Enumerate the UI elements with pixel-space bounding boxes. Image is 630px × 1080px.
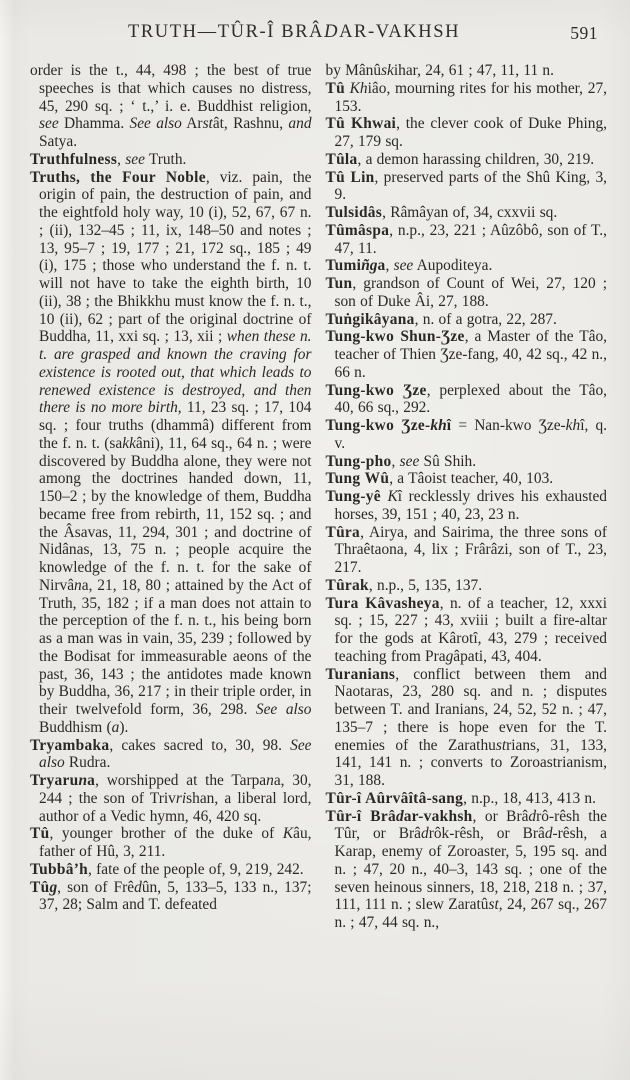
index-entry: Tulsidâs, Râmâyan of, 34, cxxvii sq.: [326, 204, 608, 222]
text-run: Aupoditeya.: [413, 257, 492, 274]
text-run: Tûr-î Aûrvâîtâ-sang: [326, 790, 464, 807]
text-run: , n.p., 18, 413, 413 n.: [463, 790, 596, 807]
text-run: Tûra: [326, 524, 361, 541]
text-run: d: [545, 825, 553, 842]
index-entry: Tûg, son of Frêdûn, 5, 133–5, 133 n., 13…: [30, 879, 312, 915]
text-run: n: [79, 772, 88, 789]
text-run: , a demon harassing children, 30, 219.: [358, 151, 595, 168]
column-left: order is the t., 44, 498 ; the best of t…: [30, 62, 312, 932]
text-run: sk: [381, 62, 394, 79]
text-run: d: [134, 879, 142, 896]
text-run: [381, 488, 388, 505]
text-run: Tryambaka: [30, 737, 109, 754]
index-entry: Tung-pho, see Sû Shih.: [326, 453, 608, 471]
text-run: Tûla: [326, 151, 358, 168]
text-run: d: [396, 808, 404, 825]
index-entry: Tûr-î Brâdar-vakhsh, or Brâdrô-rêsh the …: [326, 808, 608, 932]
index-entry: Tû, younger brother of the duke of Kâu, …: [30, 825, 312, 861]
text-run: Tûmâspa: [326, 222, 390, 239]
text-run: , Airya, and Sairima, the three sons of …: [335, 524, 608, 577]
index-entry: order is the t., 44, 498 ; the best of t…: [30, 62, 312, 151]
text-run: âpati, 43, 404.: [453, 648, 541, 665]
index-entry: Tura Kâvasheya, n. of a teacher, 12, xxx…: [326, 595, 608, 666]
text-run: n: [74, 577, 82, 594]
column-right: by Mânûskihar, 24, 61 ; 47, 11, 11 n.Tû …: [326, 62, 608, 932]
text-run: , cakes sacred to, 30, 98.: [109, 737, 290, 754]
text-run: Tû Lin: [326, 169, 375, 186]
text-run: kh: [566, 417, 581, 434]
index-entry: Truths, the Four Noble, viz. pain, the o…: [30, 169, 312, 737]
text-run: , younger brother of the duke of: [49, 825, 282, 842]
index-entry: Tubbâ’h, fate of the people of, 9, 219, …: [30, 861, 312, 879]
text-run: Tung-yê: [326, 488, 381, 505]
text-run: , worshipped at the Tarpa: [95, 772, 266, 789]
text-run: Kh: [350, 80, 368, 97]
text-run: Truth.: [145, 151, 186, 168]
text-run: n: [266, 772, 274, 789]
text-run: Dhamma.: [59, 115, 130, 132]
index-entry: Tung Wû, a Tâoist teacher, 40, 103.: [326, 470, 608, 488]
text-run: Tung-kwo Shun-Ʒze: [326, 328, 465, 345]
text-run: = Nan-kwo Ʒze-: [451, 417, 565, 434]
text-run: , or Brâ: [473, 808, 529, 825]
index-entry: Tûra, Airya, and Sairima, the three sons…: [326, 524, 608, 577]
index-entry: Tung-yê Kî recklessly drives his exhaust…: [326, 488, 608, 524]
text-run: ,: [392, 453, 400, 470]
text-run: Tû Khwai: [326, 115, 397, 132]
text-run: st: [203, 115, 213, 132]
text-run: Truths, the Four Noble: [30, 169, 206, 186]
text-run: Tung-kwo Ʒze-: [326, 417, 431, 434]
text-run: Rudra.: [65, 754, 111, 771]
index-entry: Tun, grandson of Count of Wei, 27, 120 ;…: [326, 275, 608, 311]
index-entry: by Mânûskihar, 24, 61 ; 47, 11, 11 n.: [326, 62, 608, 80]
text-run: , preserved parts of the Shû King, 3, 9.: [335, 169, 608, 204]
text-run: st: [488, 896, 498, 913]
text-run: See also: [130, 115, 182, 132]
text-run: ).: [119, 719, 128, 736]
running-header: TRUTH—TÛR-Î BRÂDAR-VAKHSH 591: [30, 22, 606, 46]
text-run: d: [421, 825, 429, 842]
text-run: see: [394, 257, 414, 274]
text-run: Tung-pho: [326, 453, 392, 470]
text-run: kh: [430, 417, 446, 434]
text-run: Tubbâ’h: [30, 861, 88, 878]
text-run: rôk-rêsh, or Brâ: [429, 825, 545, 842]
text-run: Satya.: [39, 133, 77, 150]
index-entry: Tûr-î Aûrvâîtâ-sang, n.p., 18, 413, 413 …: [326, 790, 608, 808]
text-run: ñg: [361, 257, 377, 274]
text-run: Ar: [182, 115, 203, 132]
page-number: 591: [570, 23, 598, 44]
text-run: , fate of the people of, 9, 219, 242.: [88, 861, 304, 878]
text-run: ât, Rashnu,: [213, 115, 289, 132]
text-run: a, 21, 18, 80 ; attained by the Act of T…: [39, 577, 312, 718]
text-run: Tun: [326, 275, 353, 292]
text-run: âni), 11, 64 sq., 64 n. ; were discovere…: [39, 435, 312, 594]
text-run: st: [496, 737, 506, 754]
book-page: TRUTH—TÛR-Î BRÂDAR-VAKHSH 591 order is t…: [0, 0, 630, 1080]
index-entry: Tû Khiâo, mourning rites for his mother,…: [326, 80, 608, 116]
text-run: Tulsidâs: [326, 204, 383, 221]
index-entry: Tung-kwo Ʒze, perplexed about the Tâo, 4…: [326, 382, 608, 418]
text-run: Tryaru: [30, 772, 79, 789]
index-entry: Truthfulness, see Truth.: [30, 151, 312, 169]
text-run: iâo, mourning rites for his mother, 27, …: [335, 80, 608, 115]
text-run: Tûrak: [326, 577, 369, 594]
text-run: D: [324, 22, 339, 42]
text-run: K: [388, 488, 398, 505]
index-entry: Tung-kwo Shun-Ʒze, a Master of the Tâo, …: [326, 328, 608, 381]
text-run: Tumi: [326, 257, 362, 274]
text-run: Truthfulness: [30, 151, 117, 168]
text-run: order is the t., 44, 498 ; the best of t…: [30, 62, 312, 115]
text-run: ri: [176, 790, 186, 807]
index-entry: Tûrak, n.p., 5, 135, 137.: [326, 577, 608, 595]
text-run: See also: [256, 701, 312, 718]
text-run: d: [528, 808, 536, 825]
text-run: see: [39, 115, 59, 132]
text-run: , grandson of Count of Wei, 27, 120 ; so…: [335, 275, 608, 310]
text-run: , a Tâoist teacher, 40, 103.: [389, 470, 553, 487]
text-run: by Mânû: [326, 62, 382, 79]
text-run: Tûr-î Brâ: [326, 808, 396, 825]
text-run: K: [283, 825, 293, 842]
text-run: , n.p., 5, 135, 137.: [369, 577, 482, 594]
text-run: kk: [122, 435, 136, 452]
text-run: Sû Shih.: [419, 453, 476, 470]
text-run: , viz. pain, the origin of pain, the des…: [39, 169, 312, 346]
text-run: TRUTH—TÛR-Î BRÂ: [128, 22, 324, 42]
index-entry: Turanians, conflict between them and Nao…: [326, 666, 608, 790]
index-entry: Tumiñga, see Aupoditeya.: [326, 257, 608, 275]
text-run: Tung Wû: [326, 470, 390, 487]
index-entry: Tûla, a demon harassing children, 30, 21…: [326, 151, 608, 169]
index-entry: Tû Lin, preserved parts of the Shû King,…: [326, 169, 608, 205]
text-run: Tura Kâvasheya: [326, 595, 440, 612]
index-entry: Tryambaka, cakes sacred to, 30, 98. See …: [30, 737, 312, 773]
text-run: ar-vakhsh: [404, 808, 473, 825]
text-run: Turanians: [326, 666, 396, 683]
text-run: a: [87, 772, 95, 789]
text-run: see: [400, 453, 420, 470]
text-run: Tû: [326, 80, 345, 97]
text-run: Tû: [30, 825, 49, 842]
text-run: see: [125, 151, 145, 168]
text-run: Tuṅgikâyana: [326, 311, 415, 328]
text-run: Tung-kwo Ʒze: [326, 382, 427, 399]
index-entry: Tûmâspa, n.p., 23, 221 ; Aûzôbô, son of …: [326, 222, 608, 258]
index-entry: Tuṅgikâyana, n. of a gotra, 22, 287.: [326, 311, 608, 329]
index-entry: Tû Khwai, the clever cook of Duke Phing,…: [326, 115, 608, 151]
index-columns: order is the t., 44, 498 ; the best of t…: [30, 62, 607, 932]
index-entry: Tung-kwo Ʒze-khî = Nan-kwo Ʒze-khî, q. v…: [326, 417, 608, 453]
text-run: g: [49, 879, 57, 896]
text-run: ihar, 24, 61 ; 47, 11, 11 n.: [394, 62, 554, 79]
text-run: , son of Frê: [57, 879, 134, 896]
header-title: TRUTH—TÛR-Î BRÂDAR-VAKHSH: [30, 22, 558, 43]
text-run: Tû: [30, 879, 49, 896]
index-entry: Tryaruna, worshipped at the Tarpana, 30,…: [30, 772, 312, 825]
text-run: , Râmâyan of, 34, cxxvii sq.: [382, 204, 557, 221]
text-run: Buddhism (: [39, 719, 112, 736]
text-run: , n. of a gotra, 22, 287.: [415, 311, 557, 328]
text-run: ,: [385, 257, 393, 274]
text-run: AR-VAKHSH: [339, 22, 460, 42]
text-run: and: [288, 115, 311, 132]
